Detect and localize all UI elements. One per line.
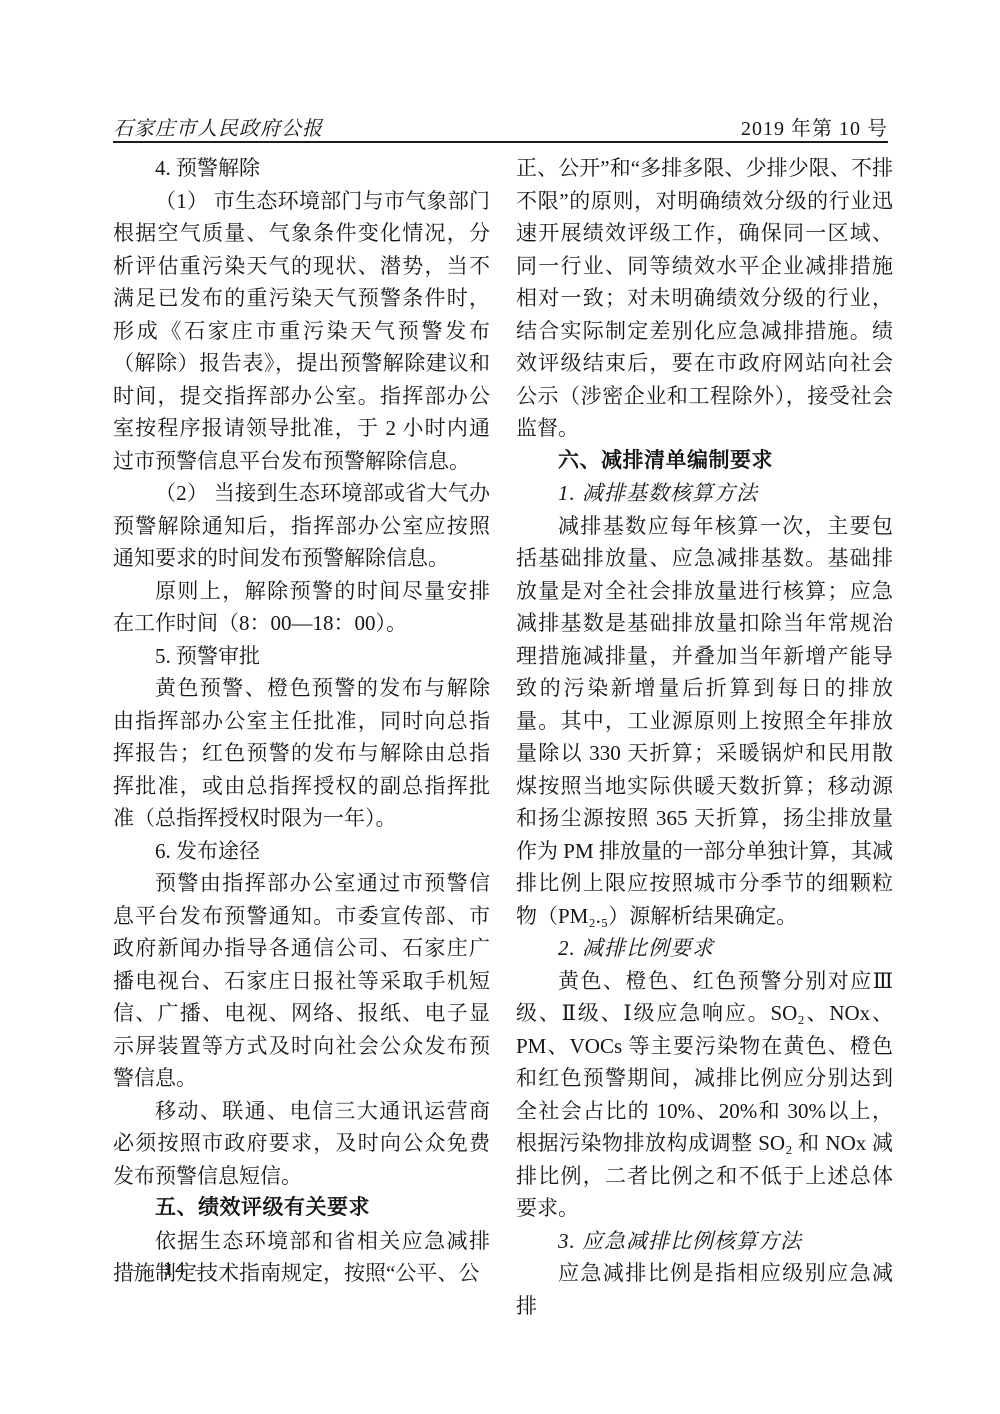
page-number: 14 [163, 1258, 187, 1280]
paragraph: 黄色、橙色、红色预警分别对应Ⅲ级、Ⅱ级、Ⅰ级应急响应。SO₂、NOx、PM、VO… [516, 965, 893, 1225]
header-rule [113, 141, 888, 143]
paragraph: 应急减排比例是指相应级别应急减排 [516, 1257, 893, 1322]
paragraph-continued: 正、公开”和“多排多限、少排少限、不排不限”的原则，对明确绩效分级的行业迅速开展… [516, 152, 893, 445]
footer-dash-left: — [125, 1258, 163, 1280]
paragraph: 预警由指挥部办公室通过市预警信息平台发布预警通知。市委宣传部、市政府新闻办指导各… [113, 867, 490, 1095]
gazette-title: 石家庄市人民政府公报 [113, 112, 323, 141]
numbered-item: 6. 发布途径 [113, 835, 490, 868]
page-footer: —14— [125, 1258, 225, 1281]
document-body: 4. 预警解除（1） 市生态环境部门与市气象部门根据空气质量、气象条件变化情况，… [113, 152, 893, 1322]
numbered-subitem: 2. 减排比例要求 [516, 932, 893, 965]
numbered-subitem: 3. 应急减排比例核算方法 [516, 1225, 893, 1258]
section-heading: 五、绩效评级有关要求 [113, 1192, 490, 1225]
numbered-item: 5. 预警审批 [113, 640, 490, 673]
issue-number: 2019 年第 10 号 [741, 112, 888, 141]
paragraph: 黄色预警、橙色预警的发布与解除由指挥部办公室主任批准，同时向总指挥报告；红色预警… [113, 672, 490, 835]
paragraph: 原则上，解除预警的时间尽量安排在工作时间（8：00—18：00）。 [113, 575, 490, 640]
paragraph: （1） 市生态环境部门与市气象部门根据空气质量、气象条件变化情况，分析评估重污染… [113, 185, 490, 478]
numbered-subitem: 1. 减排基数核算方法 [516, 477, 893, 510]
paragraph: 移动、联通、电信三大通讯运营商必须按照市政府要求，及时向公众免费发布预警信息短信… [113, 1095, 490, 1193]
left-column: 4. 预警解除（1） 市生态环境部门与市气象部门根据空气质量、气象条件变化情况，… [113, 152, 490, 1322]
numbered-item: 4. 预警解除 [113, 152, 490, 185]
right-column: 正、公开”和“多排多限、少排少限、不排不限”的原则，对明确绩效分级的行业迅速开展… [516, 152, 893, 1322]
section-heading: 六、减排清单编制要求 [516, 445, 893, 478]
footer-dash-right: — [187, 1258, 225, 1280]
page-header: 石家庄市人民政府公报 2019 年第 10 号 [113, 112, 888, 141]
paragraph: 减排基数应每年核算一次，主要包括基础排放量、应急减排基数。基础排放量是对全社会排… [516, 510, 893, 933]
gazette-page: 石家庄市人民政府公报 2019 年第 10 号 4. 预警解除（1） 市生态环境… [0, 0, 1000, 1414]
paragraph: （2） 当接到生态环境部或省大气办预警解除通知后，指挥部办公室应按照通知要求的时… [113, 477, 490, 575]
